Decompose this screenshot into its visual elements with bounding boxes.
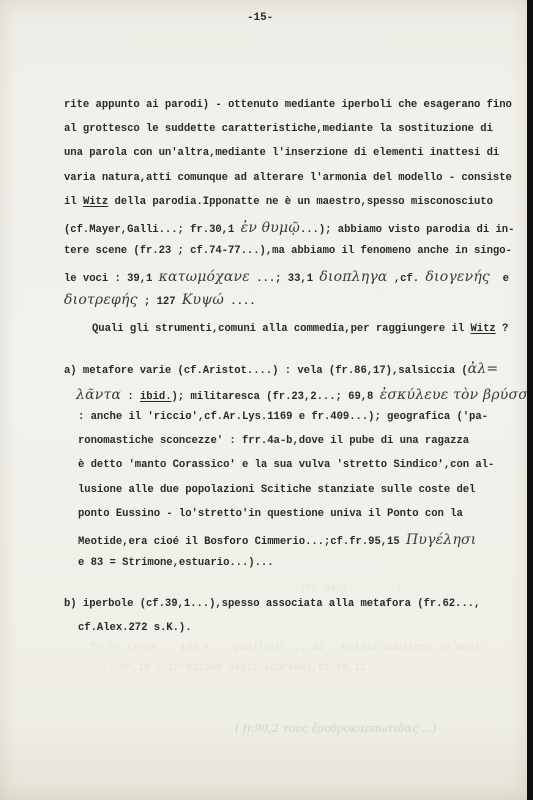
- typed-text: ?: [496, 323, 509, 335]
- text-line: b) iperbole (cf.39,1...),spesso associat…: [64, 598, 480, 610]
- handwritten-greek: διογενής: [425, 269, 490, 285]
- text-line: è detto 'manto Corassico' e la sua vulva…: [78, 459, 494, 471]
- text-line: una parola con un'altra,mediante l'inser…: [64, 147, 499, 159]
- text-line: tere scene (fr.23 ; cf.74-77...),ma abbi…: [64, 245, 512, 257]
- typed-text: (cf.Mayer,Galli...; fr.30,1: [64, 224, 241, 236]
- handwritten-greek: Πυγέλησι: [406, 532, 477, 548]
- text-line: le voci : 39,1 κατωμόχανε ...; 33,1 διοπ…: [64, 269, 509, 285]
- typed-text: rite appunto ai parodi) - ottenuto media…: [64, 99, 512, 111]
- underlined-term: ibid.: [140, 391, 172, 403]
- typewritten-page: -15- ...................... (fr.95.1 ...…: [0, 0, 527, 800]
- underlined-term: Witz: [83, 196, 108, 208]
- text-line: lusione alle due popolazioni Scitiche st…: [78, 484, 475, 496]
- typed-text: ,cf.: [388, 273, 426, 285]
- typed-text: ronomastiche sconcezze' : frr.4a-b,dove …: [78, 435, 469, 447]
- text-line: (cf.Mayer,Galli...; fr.30,1 ἐν θυμῷ...);…: [64, 220, 514, 236]
- typed-text: al grottesco le suddette caratteristiche…: [64, 123, 493, 135]
- underlined-term: Witz: [470, 323, 495, 335]
- typed-text: una parola con un'altra,mediante l'inser…: [64, 147, 499, 159]
- bleed-through-text: fr.79,17-20 ; 121 s. ; pugilato...; 41 :…: [90, 643, 486, 654]
- handwritten-greek: λᾶντα: [76, 387, 121, 403]
- text-line: varia natura,atti comunque ad alterare l…: [64, 172, 512, 184]
- text-line: il Witz della parodia.Ipponatte ne è un …: [64, 196, 493, 208]
- typed-text: ; 127: [138, 296, 182, 308]
- typed-text: tere scene (fr.23 ; cf.74-77...),ma abbi…: [64, 245, 512, 257]
- handwritten-greek: Κυψώ: [182, 292, 224, 308]
- typed-text: varia natura,atti comunque ad alterare l…: [64, 172, 512, 184]
- typed-text: ...); abbiamo visto parodia di in-: [300, 224, 514, 236]
- typed-text: Meotide,era cioé il Bosforo Cimmerio...;…: [78, 536, 406, 548]
- typed-text: è detto 'manto Corassico' e la sua vulva…: [78, 459, 494, 471]
- handwritten-greek: κατωμόχανε: [159, 269, 250, 285]
- faint-handwritten-note: ( fr.90,2 τοὺς ἐρυθροκαρπωτιδας ...): [235, 722, 436, 735]
- bleed-through-text: ......................: [100, 258, 334, 269]
- typed-text: le voci : 39,1: [64, 273, 159, 285]
- typed-text: Quali gli strumenti,comuni alla commedia…: [92, 323, 470, 335]
- text-line: διοτρεφής ; 127 Κυψώ ....: [64, 292, 256, 308]
- text-line: rite appunto ai parodi) - ottenuto media…: [64, 99, 512, 111]
- text-line: a) metafore varie (cf.Aristot....) : vel…: [64, 361, 498, 377]
- handwritten-greek: ἐσκύλευε τὸν βρύσσον: [380, 387, 533, 403]
- text-line: cf.Alex.272 s.K.).: [78, 622, 192, 634]
- typed-text: ponto Eussino - lo'stretto'in questione …: [78, 508, 463, 520]
- handwritten-greek: διοτρεφής: [64, 292, 138, 308]
- text-line: Quali gli strumenti,comuni alla commedia…: [92, 323, 508, 335]
- handwritten-greek: ἐν θυμῷ: [241, 220, 300, 236]
- text-line: λᾶντα : ibid.); militaresca (fr.23,2...;…: [76, 387, 533, 403]
- typed-text: a) metafore varie (cf.Aristot....) : vel…: [64, 365, 468, 377]
- typed-text: lusione alle due popolazioni Scitiche st…: [78, 484, 475, 496]
- typed-text: il: [64, 196, 83, 208]
- text-line: Meotide,era cioé il Bosforo Cimmerio...;…: [78, 532, 477, 548]
- page-number: -15-: [247, 12, 273, 24]
- typed-text: ...; 33,1: [250, 273, 319, 285]
- typed-text: e 83 = Strimone,estuario...)...: [78, 557, 274, 569]
- typed-text: cf.Alex.272 s.K.).: [78, 622, 192, 634]
- text-line: : anche il 'riccio',cf.Ar.Lys.1169 e fr.…: [78, 411, 488, 423]
- text-line: ponto Eussino - lo'stretto'in questione …: [78, 508, 463, 520]
- typed-text: della parodia.Ipponatte ne è un maestro,…: [108, 196, 493, 208]
- typed-text: ....: [224, 296, 256, 308]
- typed-text: e: [490, 273, 509, 285]
- handwritten-greek: ἀλ=: [468, 361, 499, 377]
- typed-text: ); militaresca (fr.23,2...; 69,8: [172, 391, 380, 403]
- text-line: e 83 = Strimone,estuario...)...: [78, 557, 274, 569]
- text-line: ronomastiche sconcezze' : frr.4a-b,dove …: [78, 435, 469, 447]
- typed-text: : anche il 'riccio',cf.Ar.Lys.1169 e fr.…: [78, 411, 488, 423]
- handwritten-greek: διοπληγα: [319, 269, 387, 285]
- bleed-through-text: ...; 95,10 : irrazione degli scarabei,cf…: [90, 663, 462, 674]
- text-line: al grottesco le suddette caratteristiche…: [64, 123, 493, 135]
- scan-edge: [527, 0, 533, 800]
- typed-text: :: [121, 391, 140, 403]
- bleed-through-text: (fr.95.1 ......): [90, 584, 402, 595]
- typed-text: b) iperbole (cf.39,1...),spesso associat…: [64, 598, 480, 610]
